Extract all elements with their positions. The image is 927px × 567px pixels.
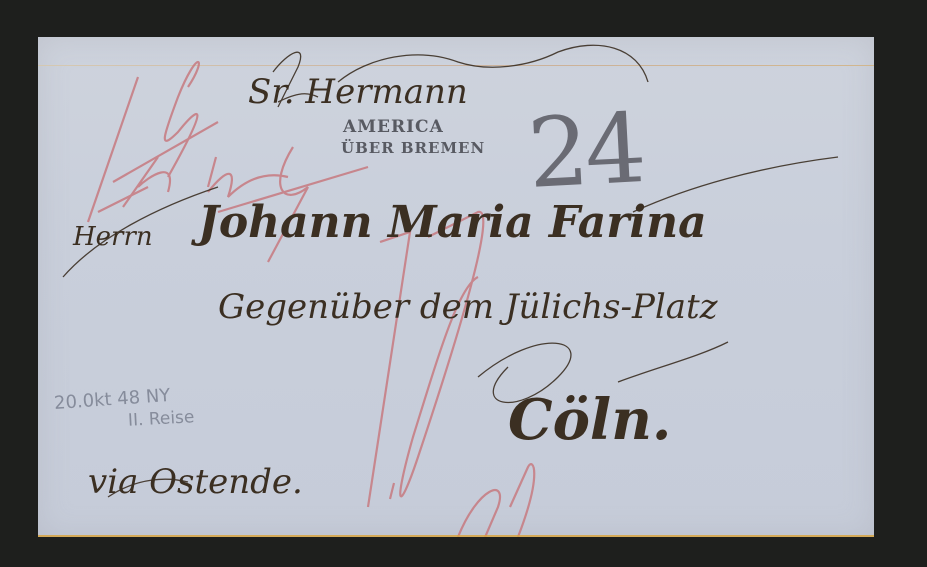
postal-cover: AMERICA ÜBER BREMEN 24 Sr. Hermann Herrn… <box>38 37 874 537</box>
address-name: Johann Maria Farina <box>198 197 707 248</box>
postmark-america: AMERICA <box>343 117 444 137</box>
rate-handstamp: 24 <box>525 92 645 210</box>
postmark-ueber-bremen: ÜBER BREMEN <box>341 139 485 157</box>
address-salutation: Herrn <box>73 222 153 252</box>
pencil-note-voyage: II. Reise <box>128 407 195 430</box>
address-city: Cöln. <box>508 387 671 453</box>
fold-line <box>38 65 874 66</box>
routing-instruction: via Ostende. <box>88 462 303 502</box>
address-line-top: Sr. Hermann <box>248 72 468 112</box>
address-street: Gegenüber dem Jülichs-Platz <box>218 287 718 327</box>
